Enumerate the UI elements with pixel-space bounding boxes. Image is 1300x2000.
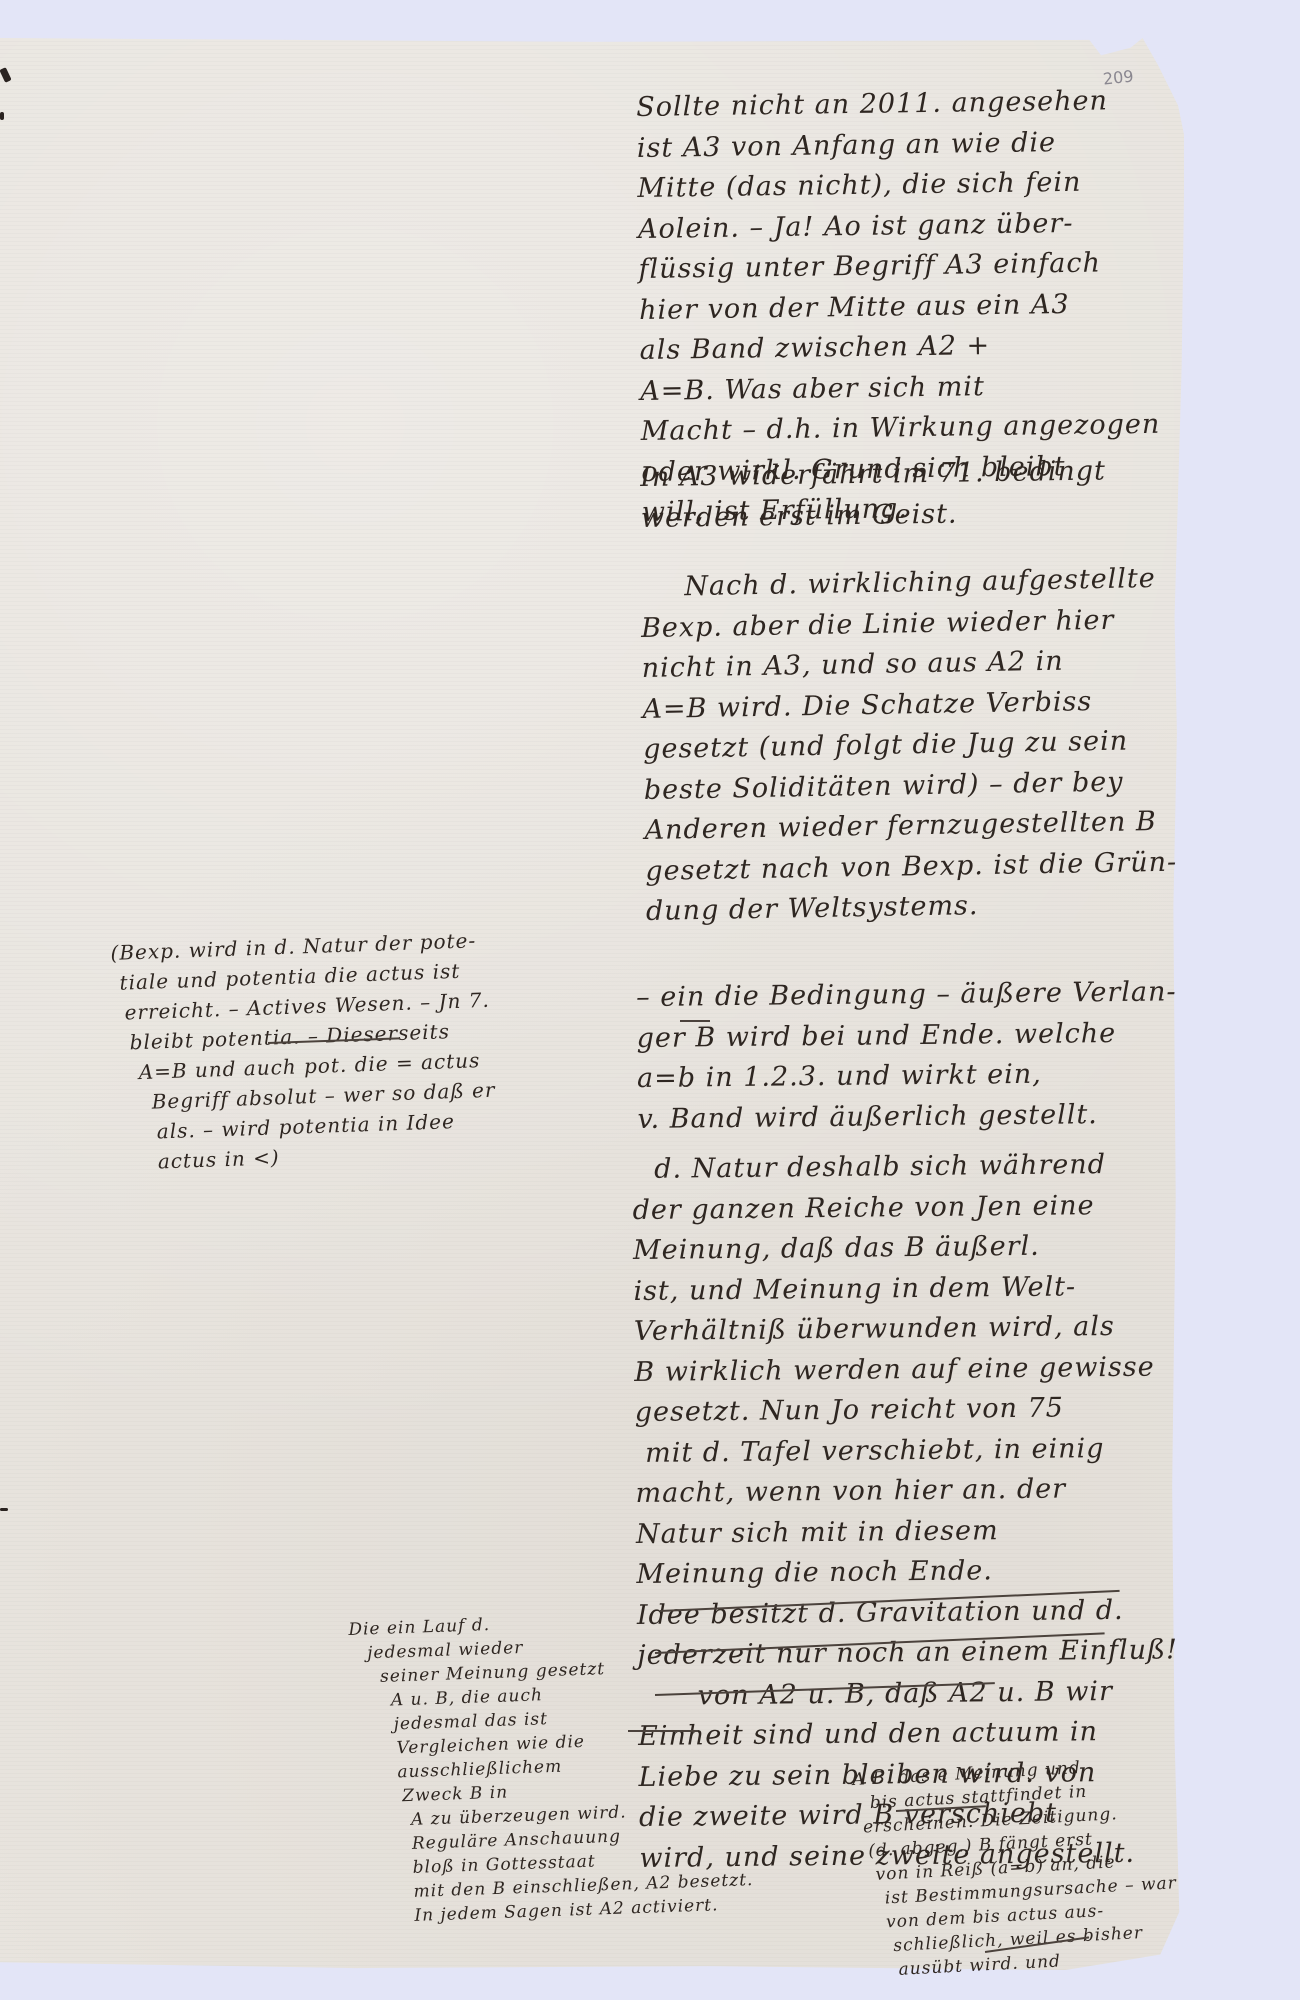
text-line: B wirklich werden auf eine gewisse: [634, 1347, 1164, 1393]
text-line: flüssig unter Begriff A3 einfach: [638, 243, 1159, 291]
text-line: mit d. Tafel verschiebt, in einig: [635, 1428, 1165, 1474]
paragraph-4: – ein die Bedingung – äußere Verlan- ger…: [636, 973, 1158, 1140]
text-line: Macht – d.h. in Wirkung angezogen: [641, 405, 1162, 453]
text-line: gesetzt. Nun Jo reicht von 75: [635, 1387, 1165, 1433]
text-line: Natur sich mit in diesem: [636, 1509, 1166, 1555]
bottom-left-note: Die ein Lauf d. jedesmal wieder seiner M…: [348, 1601, 839, 1930]
text-line: – ein die Bedingung – äußere Verlan-: [636, 973, 1156, 1019]
text-line: Mitte (das nicht), die sich fein: [637, 162, 1158, 210]
text-line: macht, wenn von hier an. der: [635, 1468, 1165, 1514]
text-line: ger B wird bei und Ende. welche: [636, 1013, 1156, 1059]
bottom-right-note: A B. das e Meinung und bis actus stattfi…: [852, 1751, 1183, 1983]
text-line: v. Band wird äußerlich gestellt.: [637, 1094, 1157, 1140]
left-edge-ink-fragment: [0, 1508, 8, 1511]
text-line: Sollte nicht an 2011. angesehen: [636, 81, 1157, 129]
text-line: d. Natur deshalb sich während: [632, 1144, 1162, 1190]
text-line: Meinung, daß das B äußerl.: [633, 1225, 1163, 1271]
text-line: Meinung die noch Ende.: [636, 1549, 1166, 1595]
left-edge-ink-fragment: [0, 112, 4, 120]
text-line: ist, und Meinung in dem Welt-: [633, 1266, 1163, 1312]
paragraph-3: Nach d. wirkliching aufgestellte Bexp. a…: [640, 559, 1166, 933]
text-line: Verhältniß überwunden wird, als: [634, 1306, 1164, 1352]
text-line: In A3 widerfährt im 71. bedingt: [640, 451, 1161, 499]
text-line: der ganzen Reiche von Jen eine: [632, 1185, 1162, 1231]
text-line: werden erst im Geist.: [641, 491, 1162, 539]
underline-stroke: [680, 1020, 710, 1022]
left-margin-note: (Bexp. wird in d. Natur der pote- tiale …: [110, 921, 598, 1178]
paragraph-2: In A3 widerfährt im 71. bedingt werden e…: [640, 451, 1161, 539]
text-line: a=b in 1.2.3. und wirkt ein,: [637, 1054, 1157, 1100]
